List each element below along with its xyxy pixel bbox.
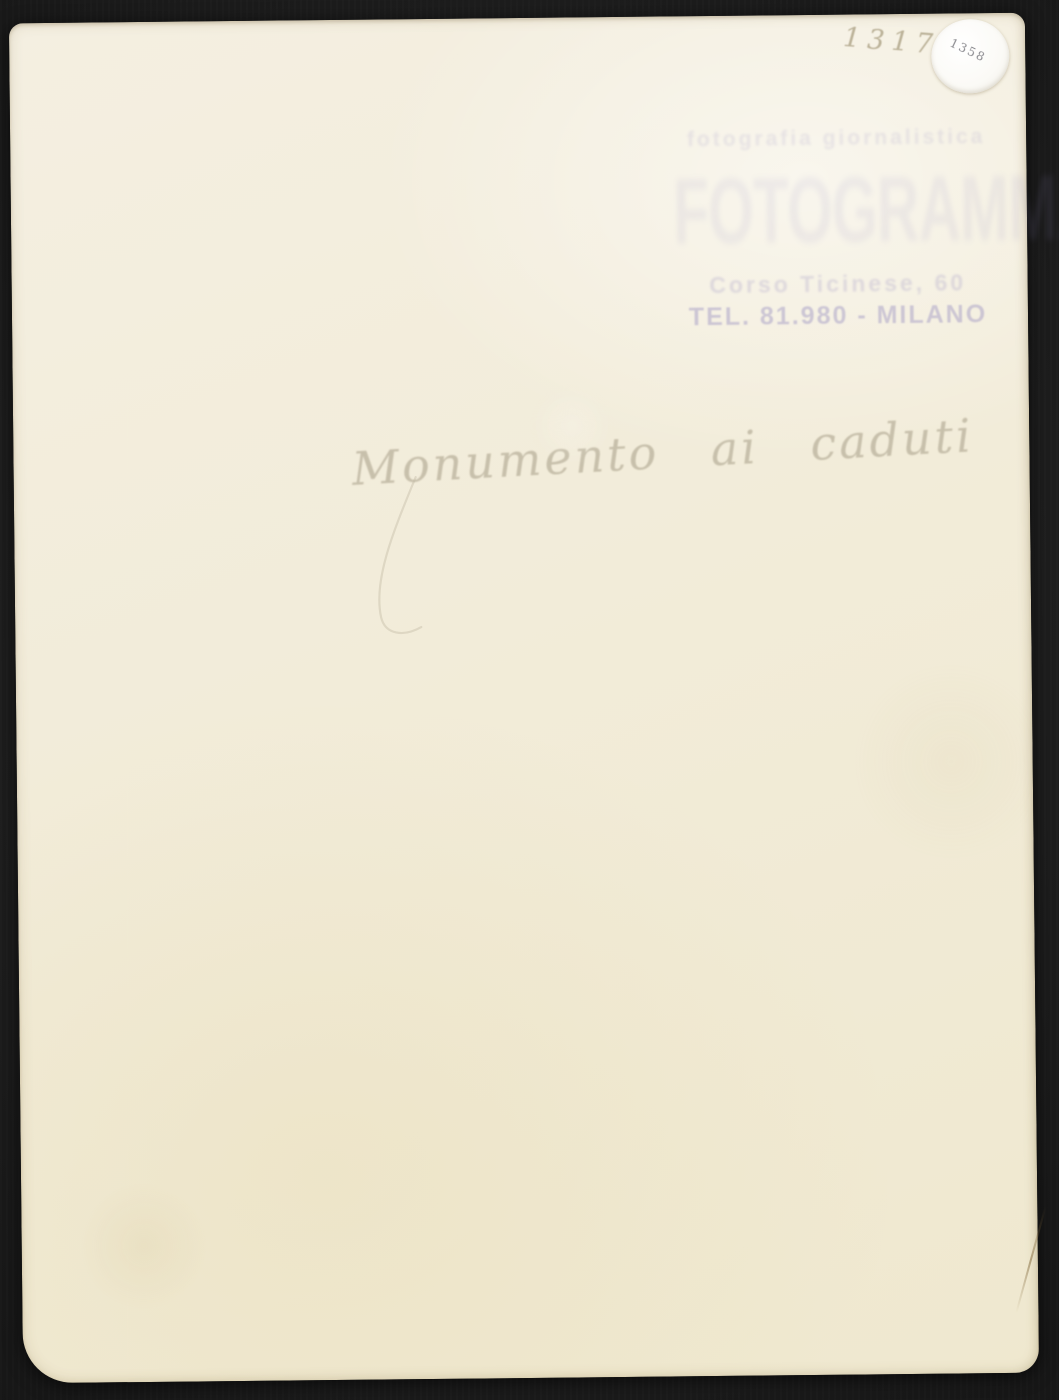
corner-crease-mark bbox=[1015, 1206, 1046, 1313]
agency-ink-stamp: fotografia giornalistica FOTOGRAMMA Cors… bbox=[658, 125, 1016, 333]
handwriting-flourish bbox=[353, 459, 475, 650]
pencil-archive-number: 1317 bbox=[842, 22, 941, 60]
archive-sticker: 1358 bbox=[928, 16, 1012, 96]
sticker-number: 1358 bbox=[948, 36, 989, 65]
stamp-phone-line: TEL. 81.980 - MILANO bbox=[660, 300, 1016, 333]
photo-backdrop: 1317 1358 fotografia giornalistica FOTOG… bbox=[0, 0, 1059, 1400]
stamp-address-line: Corso Ticinese, 60 bbox=[660, 269, 1016, 300]
stamp-logo-text: FOTOGRAMMA bbox=[672, 134, 1001, 285]
photo-back-paper: 1317 1358 fotografia giornalistica FOTOG… bbox=[9, 13, 1039, 1384]
